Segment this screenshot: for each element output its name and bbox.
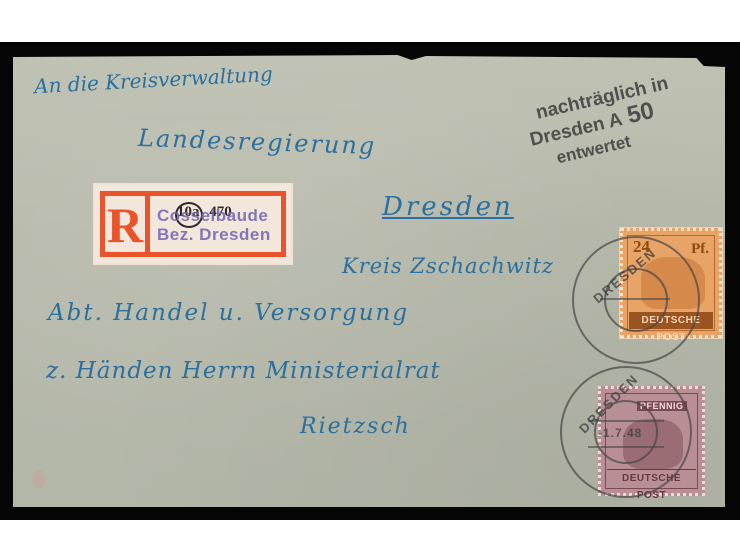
address-line-7: Rietzsch — [300, 414, 411, 439]
registration-office-line2: Bez. Dresden — [157, 225, 271, 244]
postmark-bar — [600, 298, 670, 300]
stamp-unit: Pf. — [691, 241, 709, 258]
address-line-6: z. Händen Herrn Ministerialrat — [46, 358, 441, 384]
registration-r-letter: R — [105, 196, 150, 252]
stain — [32, 470, 46, 488]
address-line-5: Abt. Handel u. Versorgung — [48, 300, 409, 326]
address-line-3: Dresden — [382, 192, 514, 222]
postmark-bar — [588, 446, 664, 448]
postmark-date: -1.7.48 — [598, 426, 642, 440]
registration-office: Cosselbaude Bez. Dresden — [157, 206, 271, 244]
registration-office-line1: Cosselbaude — [157, 206, 271, 225]
registration-label: R 10a 470 Cosselbaude Bez. Dresden — [95, 185, 291, 263]
address-line-4: Kreis Zschachwitz — [342, 254, 554, 278]
